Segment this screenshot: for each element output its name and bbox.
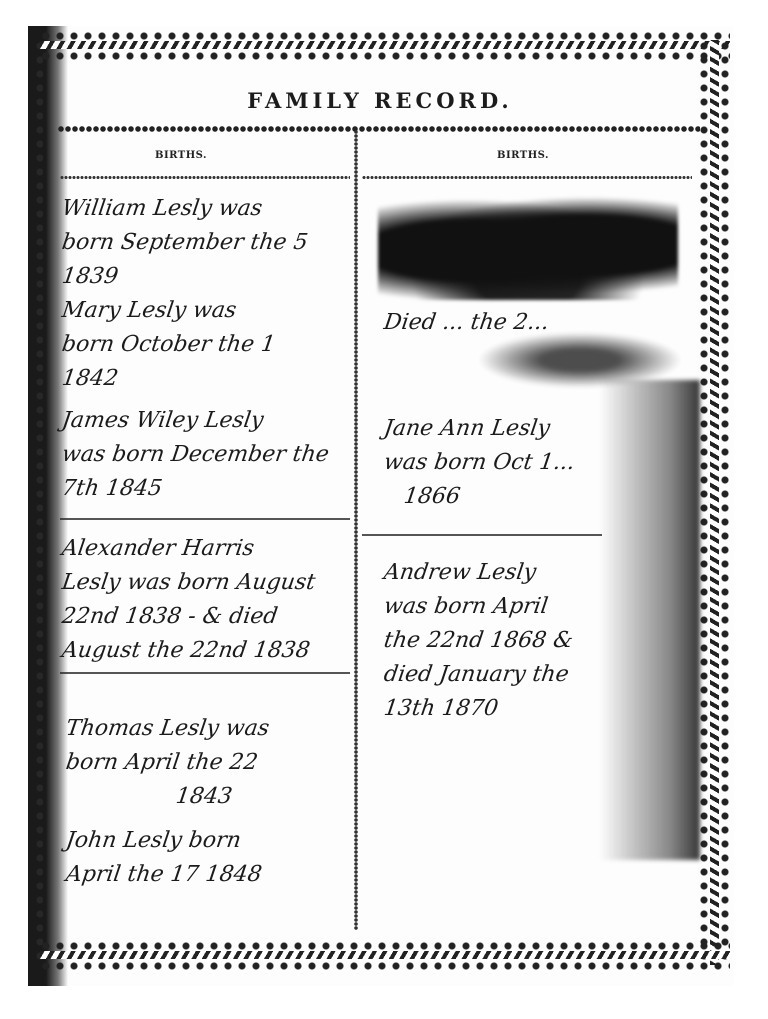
entry-line: James Wiley Lesly bbox=[60, 404, 332, 438]
entry-line: 1866 bbox=[382, 480, 577, 514]
entry-line: Alexander Harris bbox=[60, 532, 318, 566]
birth-entry: Mary Lesly was born October the 1 1842 bbox=[62, 294, 275, 396]
entry-line: Andrew Lesly bbox=[382, 556, 576, 590]
entry-line: William Lesly was bbox=[60, 192, 310, 226]
entry-line: August the 22nd 1838 bbox=[60, 634, 318, 668]
entry-line: 13th 1870 bbox=[382, 692, 576, 726]
page-title: Family Record. bbox=[60, 88, 700, 113]
entry-separator bbox=[60, 672, 350, 674]
entry-line: 7th 1845 bbox=[60, 472, 332, 506]
entry-line: 1839 bbox=[60, 260, 310, 294]
entry-line: Jane Ann Lesly bbox=[382, 412, 577, 446]
birth-entry: Died ... the 2... bbox=[384, 306, 549, 340]
entry-line: April the 17 1848 bbox=[64, 858, 264, 892]
birth-entry: Andrew Lesly was born April the 22nd 186… bbox=[384, 556, 573, 726]
entry-line: was born April bbox=[382, 590, 576, 624]
entry-line: Died ... the 2... bbox=[382, 306, 552, 340]
entry-line: died January the bbox=[382, 658, 576, 692]
entry-line: the 22nd 1868 & bbox=[382, 624, 576, 658]
birth-entry: William Lesly was born September the 5 1… bbox=[62, 192, 308, 294]
entry-line: John Lesly born bbox=[64, 824, 264, 858]
entry-line: born October the 1 bbox=[60, 328, 278, 362]
entry-line: 1842 bbox=[60, 362, 278, 396]
entry-line: was born December the bbox=[60, 438, 332, 472]
entry-line: was born Oct 1... bbox=[382, 446, 577, 480]
ornamental-border-top bbox=[40, 32, 730, 60]
entry-separator bbox=[362, 534, 602, 536]
entry-line: Mary Lesly was bbox=[60, 294, 278, 328]
entry-line: 1843 bbox=[64, 780, 272, 814]
column-heading-right: Births. bbox=[497, 150, 549, 161]
birth-entry: James Wiley Lesly was born December the … bbox=[62, 404, 329, 506]
ornamental-border-right bbox=[700, 40, 730, 965]
column-heading-left: Births. bbox=[155, 150, 207, 161]
birth-entry: John Lesly born April the 17 1848 bbox=[66, 824, 262, 892]
scan-shadow-right bbox=[600, 380, 700, 860]
column-rule-left bbox=[60, 176, 350, 179]
birth-entry: Jane Ann Lesly was born Oct 1... 1866 bbox=[384, 412, 574, 514]
title-divider bbox=[58, 126, 700, 132]
ornamental-border-left bbox=[34, 40, 60, 965]
column-rule-right bbox=[362, 176, 692, 179]
entry-line: 22nd 1838 - & died bbox=[60, 600, 318, 634]
entry-line: born April the 22 bbox=[64, 746, 272, 780]
column-divider bbox=[354, 130, 358, 930]
entry-line: Lesly was born August bbox=[60, 566, 318, 600]
birth-entry: Alexander Harris Lesly was born August 2… bbox=[62, 532, 315, 668]
entry-separator bbox=[60, 518, 350, 520]
ornamental-border-bottom bbox=[40, 942, 730, 970]
birth-entry: Thomas Lesly was born April the 22 1843 bbox=[66, 712, 269, 814]
entry-line: born September the 5 bbox=[60, 226, 310, 260]
entry-line: Thomas Lesly was bbox=[64, 712, 272, 746]
ink-blot bbox=[378, 190, 678, 300]
